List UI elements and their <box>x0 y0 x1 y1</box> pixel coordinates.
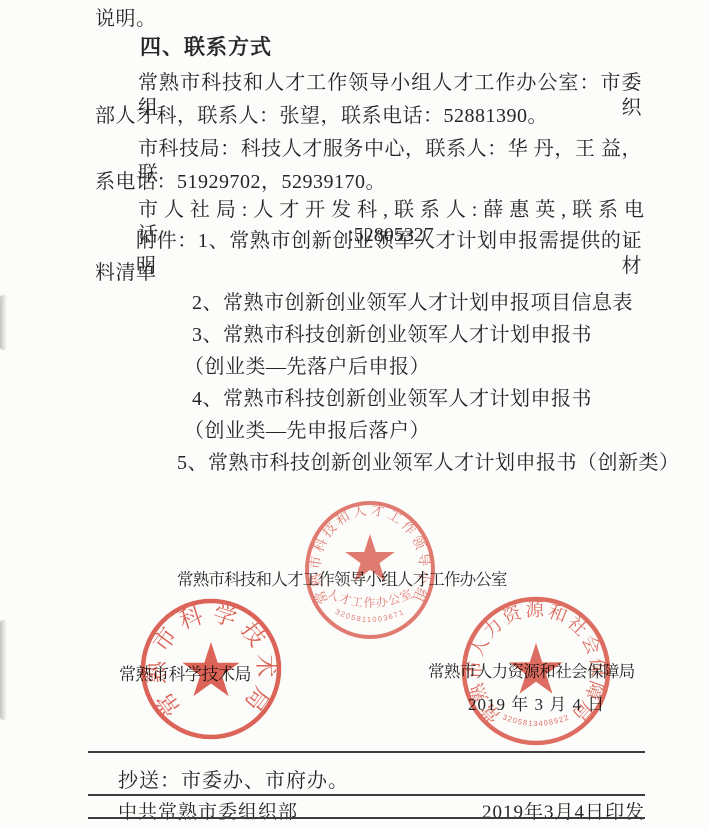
footer-divider-middle <box>88 794 645 796</box>
print-date: 2019年3月4日印发 <box>482 797 645 824</box>
scan-smudge <box>0 620 7 720</box>
signing-office-name: 常熟市科技和人才工作领导小组人才工作办公室 <box>177 566 507 590</box>
section-heading: 四、联系方式 <box>140 35 272 60</box>
copy-to-line: 抄送：市委办、市府办。 <box>118 764 349 793</box>
svg-text:3205811003671: 3205811003671 <box>334 607 406 624</box>
footer-divider-top <box>88 751 645 753</box>
doc-line: 系电话：51929702，52939170。 <box>95 170 386 195</box>
doc-line: 附件：1、常熟市创新创业领军人才计划申报需提供的证明材 <box>136 229 642 279</box>
doc-line: 说明。 <box>95 7 157 32</box>
attachment-item: 2、常熟市创新创业领军人才计划申报项目信息表 <box>192 291 633 316</box>
footer-divider-bottom <box>88 817 645 819</box>
attachment-item: 4、常熟市科技创新创业领军人才计划申报书 <box>192 387 592 412</box>
svg-text:常熟市科技和人才工作领导小组: 常熟市科技和人才工作领导小组 <box>307 501 433 607</box>
attachment-item: 3、常熟市科技创新创业领军人才计划申报书 <box>192 323 592 348</box>
doc-line: 料清单 <box>95 261 157 286</box>
attachment-item: （创业类—先申报后落户） <box>184 419 430 444</box>
attachment-item: 5、常熟市科技创新创业领军人才计划申报书（创新类） <box>177 451 680 476</box>
seal-number: 3205811003671 <box>334 607 406 624</box>
scan-smudge <box>0 295 7 350</box>
attachment-item: （创业类—先落户后申报） <box>184 355 430 380</box>
issuing-department: 中共常熟市委组织部 <box>118 797 298 824</box>
scanned-document-page: 说明。 四、联系方式 常熟市科技和人才工作领导小组人才工作办公室：市委组织 部人… <box>0 0 710 830</box>
right-agency-name: 常熟市人力资源和社会保障局 <box>428 658 635 682</box>
seal-ring-text: 常熟市科技和人才工作领导小组 <box>307 501 433 607</box>
signature-date: 2019 年 3 月 4 日 <box>468 690 605 715</box>
left-agency-name: 常熟市科学技术局 <box>119 660 251 685</box>
doc-line: 部人才科，联系人：张望，联系电话：52881390。 <box>95 104 548 129</box>
